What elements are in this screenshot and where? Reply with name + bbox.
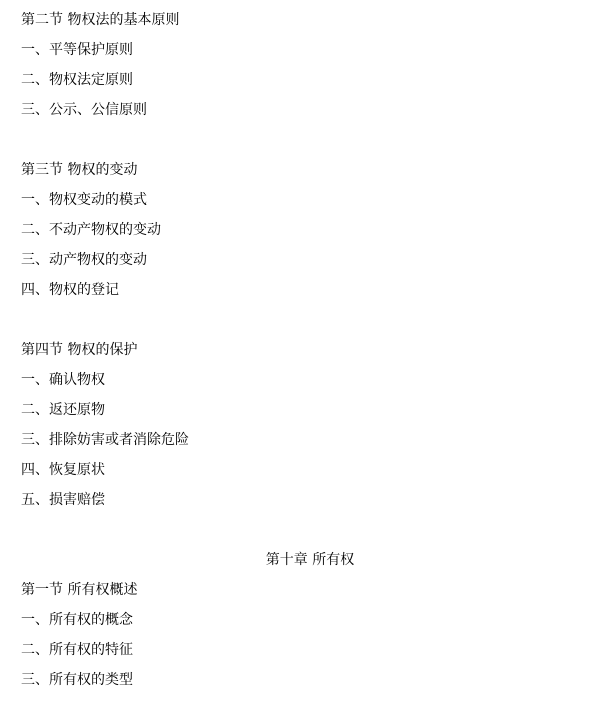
toc-item: 一、平等保护原则 (21, 35, 579, 65)
toc-item: 三、动产物权的变动 (21, 245, 579, 275)
toc-item: 一、所有权的概念 (21, 605, 579, 635)
toc-item: 三、排除妨害或者消除危险 (21, 425, 579, 455)
toc-section: 第二节 物权法的基本原则 一、平等保护原则 二、物权法定原则 三、公示、公信原则 (21, 5, 579, 125)
toc-item: 三、公示、公信原则 (21, 95, 579, 125)
toc-item: 四、物权的登记 (21, 275, 579, 305)
toc-item: 一、确认物权 (21, 365, 579, 395)
chapter-heading: 第十章 所有权 (21, 545, 579, 575)
toc-item: 三、所有权的类型 (21, 665, 579, 695)
toc-item: 二、不动产物权的变动 (21, 215, 579, 245)
section-heading: 第一节 所有权概述 (21, 575, 579, 605)
toc-item: 一、物权变动的模式 (21, 185, 579, 215)
toc-item: 二、所有权的特征 (21, 635, 579, 665)
toc-section: 第四节 物权的保护 一、确认物权 二、返还原物 三、排除妨害或者消除危险 四、恢… (21, 335, 579, 515)
toc-section: 第十章 所有权 第一节 所有权概述 一、所有权的概念 二、所有权的特征 三、所有… (21, 545, 579, 695)
toc-item: 五、损害赔偿 (21, 485, 579, 515)
section-heading: 第二节 物权法的基本原则 (21, 5, 579, 35)
toc-item: 二、物权法定原则 (21, 65, 579, 95)
toc-item: 二、返还原物 (21, 395, 579, 425)
section-heading: 第四节 物权的保护 (21, 335, 579, 365)
section-heading: 第三节 物权的变动 (21, 155, 579, 185)
toc-item: 四、恢复原状 (21, 455, 579, 485)
toc-section: 第三节 物权的变动 一、物权变动的模式 二、不动产物权的变动 三、动产物权的变动… (21, 155, 579, 305)
document-page: 第二节 物权法的基本原则 一、平等保护原则 二、物权法定原则 三、公示、公信原则… (0, 0, 589, 703)
